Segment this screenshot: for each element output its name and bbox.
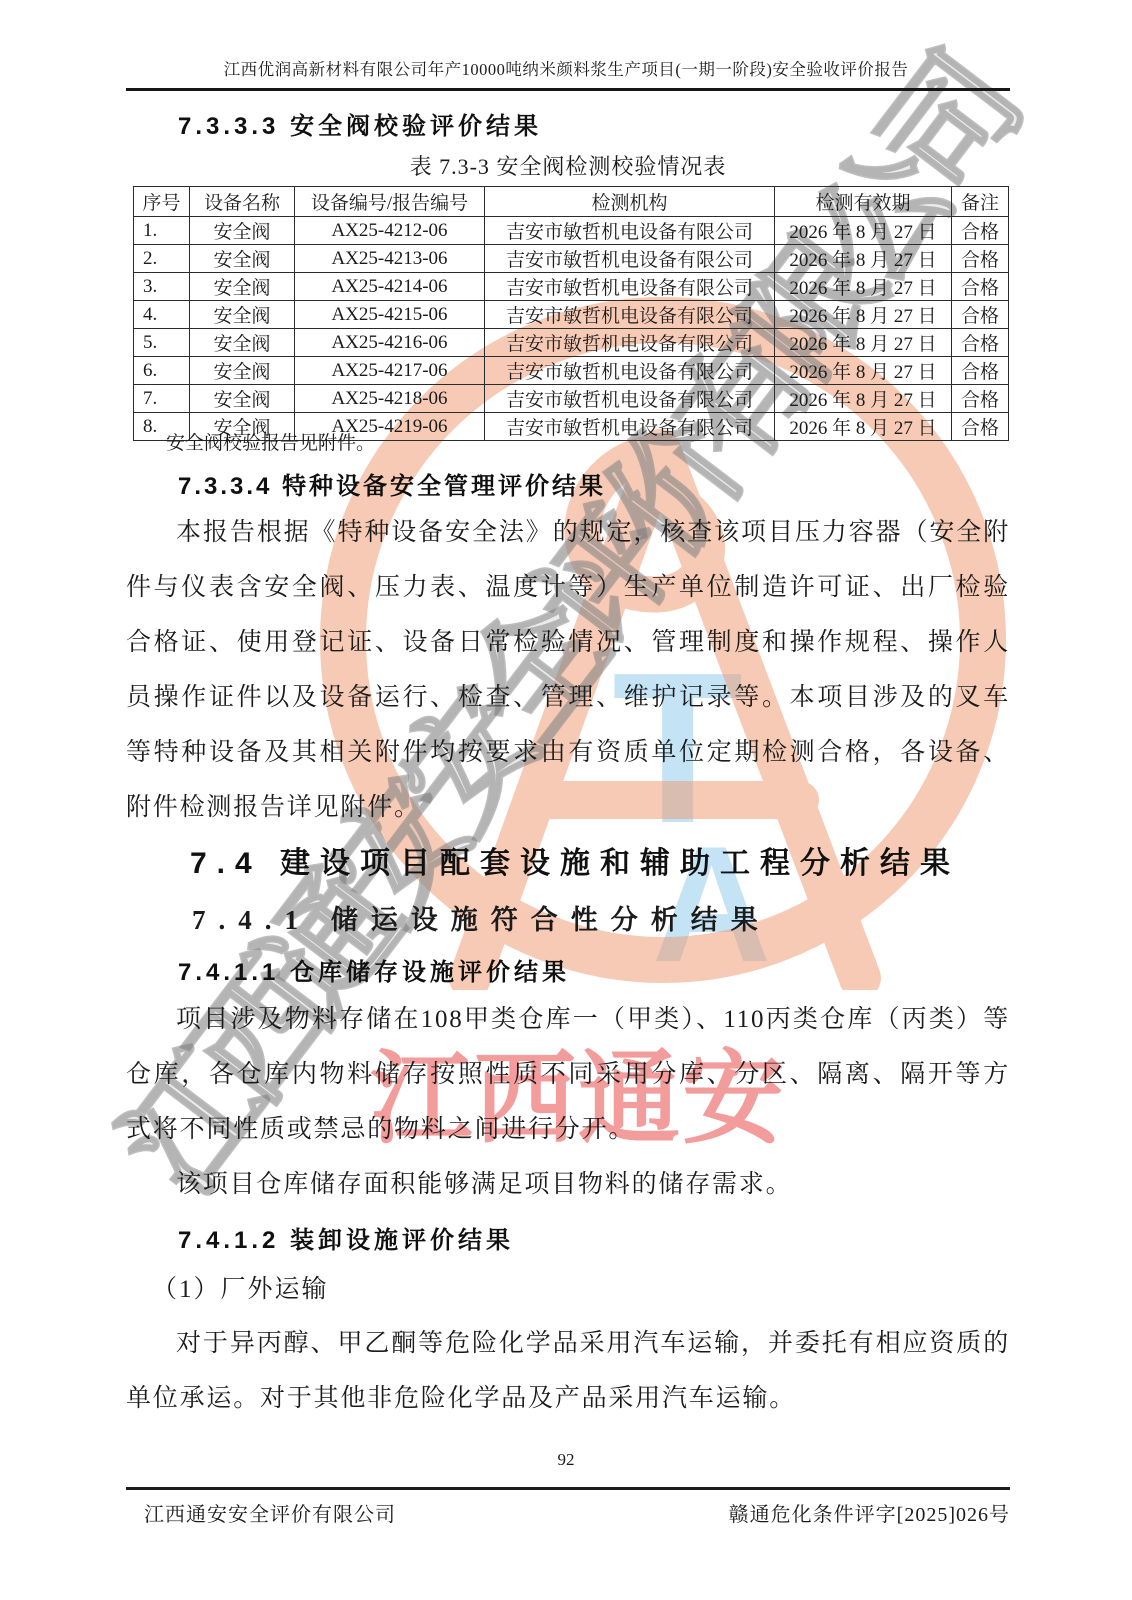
table-row: 2.安全阀AX25-4213-06吉安市敏哲机电设备有限公司2026 年 8 月…: [134, 245, 1009, 273]
table-cell: 2026 年 8 月 27 日: [775, 413, 952, 441]
table-cell: 合格: [952, 245, 1009, 273]
heading-7-4: 7.4 建设项目配套设施和辅助工程分析结果: [190, 838, 960, 882]
table-cell: 合格: [952, 273, 1009, 301]
table-cell: 2026 年 8 月 27 日: [775, 245, 952, 273]
table-cell: 合格: [952, 301, 1009, 329]
heading-7-3-3-4: 7.3.3.4 特种设备安全管理评价结果: [178, 466, 606, 501]
table-cell: AX25-4215-06: [295, 301, 485, 329]
table-cell: 2026 年 8 月 27 日: [775, 301, 952, 329]
table-cell: AX25-4217-06: [295, 357, 485, 385]
table-row: 5.安全阀AX25-4216-06吉安市敏哲机电设备有限公司2026 年 8 月…: [134, 329, 1009, 357]
paragraph-7-4-1-1-b: 该项目仓库储存面积能够满足项目物料的储存需求。: [126, 1157, 1010, 1212]
table-cell: 安全阀: [190, 385, 295, 413]
table-cell: 安全阀: [190, 329, 295, 357]
table-cell: 安全阀: [190, 301, 295, 329]
table-cell: 2026 年 8 月 27 日: [775, 329, 952, 357]
table-row: 3.安全阀AX25-4214-06吉安市敏哲机电设备有限公司2026 年 8 月…: [134, 273, 1009, 301]
table-cell: AX25-4214-06: [295, 273, 485, 301]
table-cell: 合格: [952, 385, 1009, 413]
table-row: 1.安全阀AX25-4212-06吉安市敏哲机电设备有限公司2026 年 8 月…: [134, 217, 1009, 245]
heading-7-4-1-2: 7.4.1.2 装卸设施评价结果: [178, 1220, 514, 1255]
table-note: 安全阀校验报告见附件。: [166, 428, 375, 455]
table-cell: 2026 年 8 月 27 日: [775, 273, 952, 301]
table-row: 4.安全阀AX25-4215-06吉安市敏哲机电设备有限公司2026 年 8 月…: [134, 301, 1009, 329]
table-cell: AX25-4212-06: [295, 217, 485, 245]
table-cell: 吉安市敏哲机电设备有限公司: [485, 329, 775, 357]
page-number: 92: [0, 1450, 1132, 1470]
table-cell: 7.: [134, 385, 190, 413]
table-column-header: 检测机构: [485, 187, 775, 217]
paragraph-7-4-1-1-a: 项目涉及物料存储在108甲类仓库一（甲类）、110丙类仓库（丙类）等仓库，各仓库…: [126, 992, 1010, 1157]
heading-7-3-3-3: 7.3.3.3 安全阀校验评价结果: [178, 106, 542, 141]
table-cell: 吉安市敏哲机电设备有限公司: [485, 385, 775, 413]
table-cell: AX25-4216-06: [295, 329, 485, 357]
heading-7-4-1-1: 7.4.1.1 仓库储存设施评价结果: [178, 952, 570, 987]
table-column-header: 设备编号/报告编号: [295, 187, 485, 217]
table-cell: 3.: [134, 273, 190, 301]
table-cell: 2.: [134, 245, 190, 273]
table-column-header: 检测有效期: [775, 187, 952, 217]
heading-7-4-1: 7.4.1 储运设施符合性分析结果: [192, 898, 771, 937]
table-cell: 2026 年 8 月 27 日: [775, 217, 952, 245]
table-cell: 合格: [952, 329, 1009, 357]
table-row: 7.安全阀AX25-4218-06吉安市敏哲机电设备有限公司2026 年 8 月…: [134, 385, 1009, 413]
table-cell: AX25-4218-06: [295, 385, 485, 413]
table-cell: 4.: [134, 301, 190, 329]
table-cell: 1.: [134, 217, 190, 245]
table-cell: 合格: [952, 217, 1009, 245]
table-cell: 吉安市敏哲机电设备有限公司: [485, 357, 775, 385]
table-row: 6.安全阀AX25-4217-06吉安市敏哲机电设备有限公司2026 年 8 月…: [134, 357, 1009, 385]
table-column-header: 序号: [134, 187, 190, 217]
table-cell: 安全阀: [190, 245, 295, 273]
table-cell: 安全阀: [190, 273, 295, 301]
table-column-header: 设备名称: [190, 187, 295, 217]
paragraph-7-4-1-2: 对于异丙醇、甲乙酮等危险化学品采用汽车运输，并委托有相应资质的单位承运。对于其他…: [126, 1316, 1010, 1426]
table-column-header: 备注: [952, 187, 1009, 217]
table-cell: 安全阀: [190, 357, 295, 385]
table-cell: 合格: [952, 357, 1009, 385]
paragraph-7-3-3-4: 本报告根据《特种设备安全法》的规定，核查该项目压力容器（安全附件与仪表含安全阀、…: [126, 505, 1010, 835]
table-cell: 吉安市敏哲机电设备有限公司: [485, 301, 775, 329]
subheading-factory-external-transport: （1）厂外运输: [152, 1262, 1036, 1317]
table-cell: 6.: [134, 357, 190, 385]
table-cell: 吉安市敏哲机电设备有限公司: [485, 217, 775, 245]
table-cell: 吉安市敏哲机电设备有限公司: [485, 273, 775, 301]
table-caption: 表 7.3-3 安全阀检测校验情况表: [126, 150, 1010, 181]
header-rule: [126, 88, 1010, 91]
table-cell: AX25-4213-06: [295, 245, 485, 273]
document-page: T A 江西通安安全评价有限公司 江西通安 江西优润高新材料有限公司年产1000…: [0, 0, 1132, 1600]
table-body: 1.安全阀AX25-4212-06吉安市敏哲机电设备有限公司2026 年 8 月…: [134, 217, 1009, 441]
page-header-title: 江西优润高新材料有限公司年产10000吨纳米颜料浆生产项目(一期一阶段)安全验收…: [0, 56, 1132, 80]
table-cell: 2026 年 8 月 27 日: [775, 385, 952, 413]
table-cell: 合格: [952, 413, 1009, 441]
footer-rule: [126, 1487, 1010, 1490]
table-header-row: 序号设备名称设备编号/报告编号检测机构检测有效期备注: [134, 187, 1009, 217]
table-cell: 2026 年 8 月 27 日: [775, 357, 952, 385]
table-cell: 吉安市敏哲机电设备有限公司: [485, 413, 775, 441]
footer-document-number: 赣通危化条件评字[2025]026号: [126, 1498, 1010, 1527]
table-cell: 吉安市敏哲机电设备有限公司: [485, 245, 775, 273]
safety-valve-table: 序号设备名称设备编号/报告编号检测机构检测有效期备注 1.安全阀AX25-421…: [133, 186, 1009, 441]
table-cell: 安全阀: [190, 217, 295, 245]
table-cell: 5.: [134, 329, 190, 357]
